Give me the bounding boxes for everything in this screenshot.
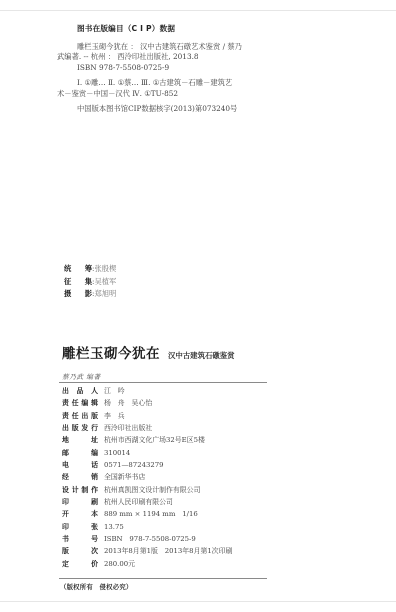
copyright-notice: （版权所有 侵权必究） bbox=[60, 582, 133, 591]
info-row: 出品人江 吟 bbox=[62, 385, 232, 397]
cip-entry-line-1: 雕栏玉砌今犹在 ： 汉中古建筑石礅艺术鉴赏 / 蔡乃 bbox=[57, 42, 297, 52]
label-char: 话 bbox=[91, 459, 98, 471]
info-label: 版次 bbox=[62, 545, 98, 557]
label-char: 版 bbox=[62, 545, 69, 557]
label-char: 址 bbox=[91, 434, 98, 446]
info-label: 经销 bbox=[62, 471, 98, 483]
label-char: 集 bbox=[85, 276, 92, 289]
label-char: 刷 bbox=[91, 496, 98, 508]
publication-info: 出品人江 吟责任编辑杨 舟 吴心怡责任出版李 兵出版发行西泠印社出版社地址杭州市… bbox=[62, 385, 232, 570]
label-char: 责 bbox=[62, 397, 69, 409]
info-label: 责任出版 bbox=[62, 410, 98, 422]
label-char: 定 bbox=[62, 558, 69, 570]
info-value: 杭州市西湖文化广场32号E区5楼 bbox=[104, 434, 205, 446]
credit-value: 郑旭明 bbox=[94, 288, 116, 301]
info-row: 设计制作杭州真凯图文设计制作有限公司 bbox=[62, 484, 232, 496]
label-char: 任 bbox=[72, 397, 79, 409]
label-char: 出 bbox=[62, 385, 69, 397]
label-char: 次 bbox=[91, 545, 98, 557]
book-subtitle: 汉中古建筑石礅鉴赏 bbox=[168, 351, 235, 360]
book-title-block: 雕栏玉砌今犹在汉中古建筑石礅鉴赏 bbox=[62, 342, 235, 362]
label-char: 价 bbox=[91, 558, 98, 570]
page-bottom-border bbox=[0, 601, 396, 602]
label-char: 筹 bbox=[85, 263, 92, 276]
label-char: 出 bbox=[62, 422, 69, 434]
label-char: 统 bbox=[64, 263, 71, 276]
label-char: 影 bbox=[85, 288, 92, 301]
info-label: 地址 bbox=[62, 434, 98, 446]
cip-class-line-2: 术－鉴赏－中国－汉代 Ⅳ. ①TU-852 bbox=[57, 89, 297, 99]
label-char: 征 bbox=[64, 276, 71, 289]
info-row: 印张13.75 bbox=[62, 521, 232, 533]
info-value: 889 mm × 1194 mm 1/16 bbox=[104, 508, 198, 520]
label-char: 电 bbox=[62, 459, 69, 471]
label-char: 印 bbox=[62, 496, 69, 508]
cip-number: 中国版本图书馆CIP数据核字(2013)第073240号 bbox=[57, 104, 297, 114]
info-label: 电话 bbox=[62, 459, 98, 471]
cip-entry-line-2: 武编著. -- 杭州 ： 西泠印社出版社, 2013.8 bbox=[57, 52, 297, 62]
credit-row: 摄影: 郑旭明 bbox=[64, 288, 116, 301]
label-char: 编 bbox=[91, 447, 98, 459]
label-char: 辑 bbox=[91, 397, 98, 409]
info-row: 印刷杭州人民印刷有限公司 bbox=[62, 496, 232, 508]
credit-row: 统筹: 张殷楔 bbox=[64, 263, 116, 276]
label-char: 行 bbox=[91, 422, 98, 434]
label-char: 本 bbox=[91, 508, 98, 520]
info-label: 出版发行 bbox=[62, 422, 98, 434]
credit-value: 张殷楔 bbox=[94, 263, 116, 276]
info-label: 责任编辑 bbox=[62, 397, 98, 409]
cip-isbn: ISBN 978-7-5508-0725-9 bbox=[57, 63, 297, 73]
label-char: 品 bbox=[77, 385, 84, 397]
footer-divider bbox=[59, 578, 267, 579]
label-char: 经 bbox=[62, 471, 69, 483]
title-divider bbox=[59, 382, 267, 383]
info-value: 杭州真凯图文设计制作有限公司 bbox=[104, 484, 200, 496]
label-char: 版 bbox=[72, 422, 79, 434]
info-row: 经销全国新华书店 bbox=[62, 471, 232, 483]
info-row: 书号ISBN 978-7-5508-0725-9 bbox=[62, 533, 232, 545]
label-char: 出 bbox=[81, 410, 88, 422]
info-row: 邮编310014 bbox=[62, 447, 232, 459]
info-value: 全国新华书店 bbox=[104, 471, 145, 483]
info-value: 0571—87243279 bbox=[104, 459, 164, 471]
info-value: 13.75 bbox=[104, 521, 124, 533]
label-char: 版 bbox=[91, 410, 98, 422]
cip-data-section: 图书在版编目（C I P）数据 雕栏玉砌今犹在 ： 汉中古建筑石礅艺术鉴赏 / … bbox=[57, 24, 297, 120]
info-value: 2013年8月第1版 2013年8月第1次印刷 bbox=[104, 545, 232, 557]
info-value: 310014 bbox=[104, 447, 130, 459]
label-char: 任 bbox=[72, 410, 79, 422]
info-row: 开本889 mm × 1194 mm 1/16 bbox=[62, 508, 232, 520]
label-char: 摄 bbox=[64, 288, 71, 301]
info-label: 邮编 bbox=[62, 447, 98, 459]
info-value: 杭州人民印刷有限公司 bbox=[104, 496, 173, 508]
page-top-border bbox=[0, 10, 396, 11]
book-title: 雕栏玉砌今犹在 bbox=[62, 346, 160, 362]
label-char: 作 bbox=[91, 484, 98, 496]
cip-heading: 图书在版编目（C I P）数据 bbox=[77, 24, 297, 34]
info-row: 责任出版李 兵 bbox=[62, 410, 232, 422]
info-label: 定价 bbox=[62, 558, 98, 570]
info-row: 版次2013年8月第1版 2013年8月第1次印刷 bbox=[62, 545, 232, 557]
info-value: 西泠印社出版社 bbox=[104, 422, 152, 434]
credit-label: 征集 bbox=[64, 276, 92, 289]
cip-classification: Ⅰ. ①雕… Ⅱ. ①蔡… Ⅲ. ①古建筑－石雕－建筑艺 术－鉴赏－中国－汉代 … bbox=[57, 78, 297, 98]
info-label: 书号 bbox=[62, 533, 98, 545]
label-char: 书 bbox=[62, 533, 69, 545]
label-char: 制 bbox=[81, 484, 88, 496]
cip-class-line-1: Ⅰ. ①雕… Ⅱ. ①蔡… Ⅲ. ①古建筑－石雕－建筑艺 bbox=[57, 78, 297, 88]
info-value: ISBN 978-7-5508-0725-9 bbox=[104, 533, 196, 545]
info-row: 电话0571—87243279 bbox=[62, 459, 232, 471]
info-value: 杨 舟 吴心怡 bbox=[104, 397, 152, 409]
cip-entry: 雕栏玉砌今犹在 ： 汉中古建筑石礅艺术鉴赏 / 蔡乃 武编著. -- 杭州 ： … bbox=[57, 42, 297, 73]
label-char: 发 bbox=[81, 422, 88, 434]
info-value: 江 吟 bbox=[104, 385, 125, 397]
credit-label: 统筹 bbox=[64, 263, 92, 276]
label-char: 张 bbox=[91, 521, 98, 533]
credit-value: 吴植军 bbox=[94, 276, 116, 289]
label-char: 号 bbox=[91, 533, 98, 545]
info-row: 出版发行西泠印社出版社 bbox=[62, 422, 232, 434]
label-char: 印 bbox=[62, 521, 69, 533]
info-label: 印刷 bbox=[62, 496, 98, 508]
info-value: 280.00元 bbox=[104, 558, 135, 570]
credit-label: 摄影 bbox=[64, 288, 92, 301]
book-author: 蔡乃武 编著 bbox=[62, 371, 101, 381]
credit-row: 征集: 吴植军 bbox=[64, 276, 116, 289]
info-label: 印张 bbox=[62, 521, 98, 533]
label-char: 开 bbox=[62, 508, 69, 520]
info-row: 地址杭州市西湖文化广场32号E区5楼 bbox=[62, 434, 232, 446]
label-char: 销 bbox=[91, 471, 98, 483]
credits-section: 统筹: 张殷楔 征集: 吴植军 摄影: 郑旭明 bbox=[64, 263, 116, 301]
label-char: 人 bbox=[91, 385, 98, 397]
label-char: 邮 bbox=[62, 447, 69, 459]
info-label: 设计制作 bbox=[62, 484, 98, 496]
info-value: 李 兵 bbox=[104, 410, 125, 422]
label-char: 地 bbox=[62, 434, 69, 446]
info-row: 定价280.00元 bbox=[62, 558, 232, 570]
info-row: 责任编辑杨 舟 吴心怡 bbox=[62, 397, 232, 409]
label-char: 计 bbox=[72, 484, 79, 496]
label-char: 设 bbox=[62, 484, 69, 496]
label-char: 责 bbox=[62, 410, 69, 422]
label-char: 编 bbox=[81, 397, 88, 409]
info-label: 开本 bbox=[62, 508, 98, 520]
info-label: 出品人 bbox=[62, 385, 98, 397]
